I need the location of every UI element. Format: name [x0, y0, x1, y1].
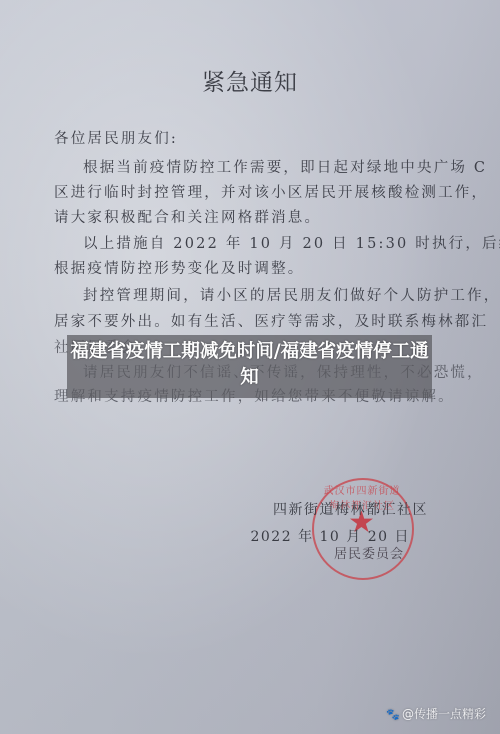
paragraph-line: 居家不要外出。如有生活、医疗等需求，及时联系梅林都汇	[54, 311, 440, 334]
paragraph-line: 根据疫情防控形势变化及时调整。	[54, 258, 440, 281]
paragraph-line: 请大家积极配合和关注网格群消息。	[54, 207, 440, 230]
paragraph-line: 封控管理期间，请小区的居民朋友们做好个人防护工作，	[54, 285, 469, 308]
seal-bottom-text: 居民委员会	[334, 543, 404, 562]
headline-overlay: 福建省疫情工期减免时间/福建省疫情停工通知	[67, 339, 432, 391]
watermark: 🐾@传播一点精彩	[386, 705, 486, 722]
paragraph-line: 根据当前疫情防控工作需要，即日起对绿地中央广场 C	[54, 157, 469, 180]
salutation: 各位居民朋友们:	[54, 128, 440, 151]
document-title: 紧急通知	[0, 64, 500, 97]
watermark-text: @传播一点精彩	[402, 707, 486, 721]
paw-icon: 🐾	[386, 708, 400, 721]
signature-org: 四新街道梅林都汇社区	[273, 499, 428, 519]
paragraph-line: 以上措施自 2022 年 10 月 20 日 15:30 时执行，后续将	[54, 233, 469, 256]
paragraph-line: 区进行临时封控管理，并对该小区居民开展核酸检测工作，	[54, 182, 440, 205]
